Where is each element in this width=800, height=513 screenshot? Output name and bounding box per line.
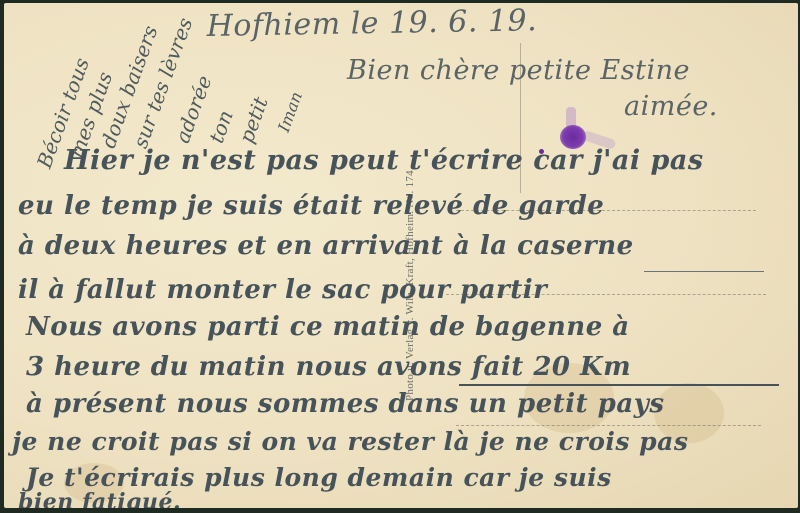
body-line: Hier je n'est pas peut t'écrire car j'ai… <box>64 145 704 176</box>
body-line: bien fatigué. <box>18 489 181 508</box>
body-line: à deux heures et en arrivant à la casern… <box>18 231 634 261</box>
body-line: Je t'écrirais plus long demain car je su… <box>26 463 612 492</box>
greeting: Bien chère petite Estine <box>347 55 690 86</box>
place-and-date: Hofhiem le 19. 6. 19. <box>206 3 537 44</box>
body-line: à présent nous sommes dans un petit pays <box>26 389 664 419</box>
side-note-line: ton <box>204 107 238 146</box>
side-note-line: petit <box>234 94 273 146</box>
body-line: 3 heure du matin nous avons fait 20 Km <box>26 352 631 382</box>
underline-stroke <box>459 384 779 386</box>
body-line: eu le temp je suis était relevé de garde <box>18 191 604 221</box>
address-line <box>456 425 761 426</box>
body-line: il à fallut monter le sac pour partir <box>18 275 547 305</box>
side-note-signature: Iman <box>274 89 306 134</box>
postcard-back: Photo u. Verlag v. Wilh. Kraft, Hofheim.… <box>4 3 798 508</box>
stroke <box>644 271 764 272</box>
body-line: je ne croit pas si on va rester là je ne… <box>12 427 688 456</box>
greeting-continued: aimée. <box>624 91 718 122</box>
body-line: Nous avons parti ce matin de bagenne à <box>26 312 630 342</box>
